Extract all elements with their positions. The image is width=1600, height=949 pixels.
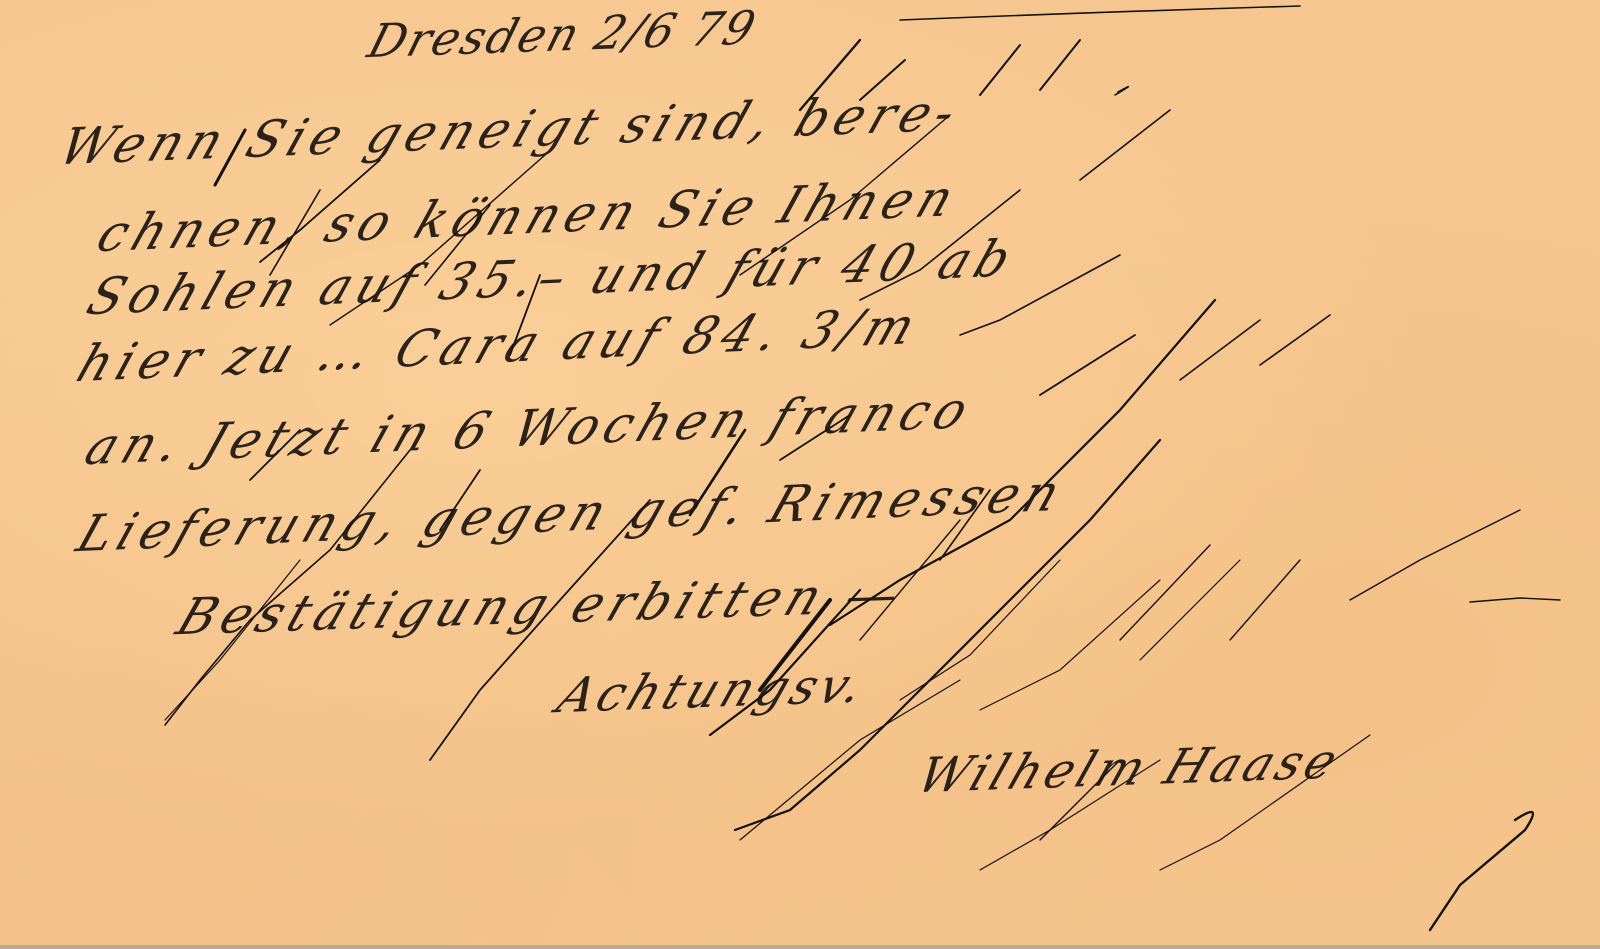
closing-line: Achtungsv.	[550, 657, 876, 724]
postcard: Dresden 2/6 79 Wenn Sie geneigt sind, be…	[0, 0, 1600, 949]
